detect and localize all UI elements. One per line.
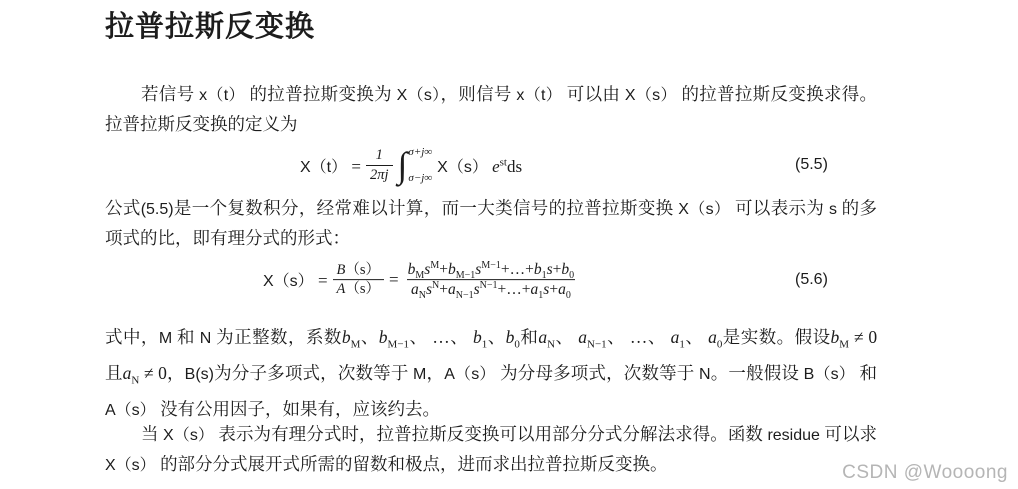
math-variable: a [558,282,566,299]
text-run: N [699,366,711,383]
text-run: 、 [685,327,708,347]
text-run: + [549,282,558,299]
math-subscript: M [839,339,849,351]
math-variable: b [473,327,482,347]
integral-glyph: ∫ [398,147,408,183]
page-title: 拉普拉斯反变换 [105,4,315,45]
integral-sign: ∫ σ+j∞ σ−j∞ [398,146,433,184]
text-run: X（s） [678,201,730,218]
equation-5-6: X（s） = B（s） A（s） = bMsM+bM−1sM−1+…+b1s+b… [263,260,578,300]
text-run: residue [767,427,819,444]
text-run: X（s） [263,274,314,291]
text-run: B（s） [804,366,855,383]
text-run: 和 [855,363,877,383]
text-run: M [159,330,172,347]
text-run: 是一个复数积分，经常难以计算，而一大类信号的拉普拉斯变换 [174,198,679,218]
text-run: 、 …、 [607,327,671,347]
text-run: X（t） [300,159,347,176]
text-run: 。一般假设 [711,363,804,383]
text-run: A（s） [444,366,495,383]
text-run: 的部分分式展开式所需的留数和极点，进而求出拉普拉斯反变换。 [156,454,668,474]
math-superscript: N−1 [480,280,498,291]
text-run: B(s) [185,366,214,383]
paragraph-coefficients: 式中，M 和 N 为正整数，系数bM、bM−1、 …、 b1、b0和aN、 aN… [105,320,877,428]
text-run: （s） [345,262,380,278]
fraction-1-over-2pij: 1 2πj [366,146,393,183]
fraction-B-over-A: B（s） A（s） [333,261,385,298]
math-subscript: N−1 [456,291,474,302]
math-superscript: st [500,156,507,168]
text-run: A（s） [105,402,156,419]
math-variable: b [379,327,388,347]
text-run: +…+ [498,282,531,299]
text-run: X（s） [625,87,677,104]
text-run: 式中， [105,327,159,347]
text-run: 没有公用因子，如果有，应该约去。 [156,399,440,419]
text-run: ≠ 0， [139,363,184,383]
math-superscript: M−1 [481,260,501,271]
equation-5-5: X（t） = 1 2πj ∫ σ+j∞ σ−j∞ X（s） estds [300,146,522,184]
text-run: 当 [141,424,163,444]
text-run: = [347,157,361,176]
text-run: ds [507,157,522,176]
math-variable: b [342,327,351,347]
math-variable: a [538,327,547,347]
text-run: 若信号 [141,84,199,104]
equation-lhs: X（t） = [300,154,361,177]
math-subscript: N [547,339,555,351]
text-run: 、 [555,327,578,347]
math-superscript: M [430,260,439,271]
equation-rhs: X（s） estds [437,154,522,177]
text-run: 公式 [105,198,141,218]
math-variable: b [561,261,569,278]
csdn-watermark: CSDN @Woooong [842,462,1008,484]
text-run: 、 …、 [409,327,473,347]
equals-sign: = [389,270,399,290]
text-run: N [200,330,212,347]
text-run: X（s） [163,427,214,444]
text-run: 和 [172,327,200,347]
paragraph-residue: 当 X（s） 表示为有理分式时，拉普拉斯反变换可以用部分分式分解法求得。函数 r… [105,420,877,480]
math-variable: b [831,327,840,347]
text-run: X（s） [105,457,156,474]
equation-number-5-6: (5.6) [795,271,828,289]
text-run: 和 [520,327,538,347]
text-run: x（t） [199,87,245,104]
text-run: 为分母多项式，次数等于 [496,363,699,383]
math-subscript: 0 [566,291,571,302]
text-run: 是实数。假设 [722,327,830,347]
math-subscript: N−1 [587,339,607,351]
text-run: (5.5) [141,201,174,218]
text-run: s [829,201,837,218]
text-run: X（s） [397,87,441,104]
text-run: 为正整数，系数 [211,327,342,347]
math-variable: a [708,327,717,347]
text-run: +…+ [501,261,534,278]
math-variable: e [492,157,500,176]
text-run: 、 [360,327,378,347]
text-run: X（s） [437,159,488,176]
text-run: = [314,272,328,291]
fraction-polynomials: bMsM+bM−1sM−1+…+b1s+b0 aNsN+aN−1sN−1+…+a… [404,260,579,300]
equation-5-5-row: X（t） = 1 2πj ∫ σ+j∞ σ−j∞ X（s） estds (5.5… [105,140,877,190]
paragraph-intro: 若信号 x（t） 的拉普拉斯变换为 X（s），则信号 x（t） 可以由 X（s）… [105,80,877,138]
paragraph-rational-form: 公式(5.5)是一个复数积分，经常难以计算，而一大类信号的拉普拉斯变换 X（s）… [105,194,877,252]
text-run: x（t） [516,87,562,104]
math-subscript: M [351,339,361,351]
text-run: 、 [487,327,505,347]
document-page: 拉普拉斯反变换 若信号 x（t） 的拉普拉斯变换为 X（s），则信号 x（t） … [0,0,1018,489]
equation-number-5-5: (5.5) [795,156,828,174]
text-run: （s） [345,282,380,298]
text-run: 表示为有理分式时，拉普拉斯反变换可以用部分分式分解法求得。函数 [214,424,767,444]
math-subscript: N [419,291,426,302]
equation-5-6-row: X（s） = B（s） A（s） = bMsM+bM−1sM−1+…+b1s+b… [105,250,877,310]
math-variable: a [578,327,587,347]
text-run: ，则信号 [441,84,517,104]
math-variable: b [534,261,542,278]
text-run: + [439,261,448,278]
integral-lower-limit: σ−j∞ [408,172,432,184]
math-variable: b [448,261,456,278]
integral-limits: σ+j∞ σ−j∞ [408,146,432,184]
integral-upper-limit: σ+j∞ [408,146,432,158]
text-run: 的拉普拉斯变换为 [245,84,397,104]
text-run: 为分子多项式，次数等于 [214,363,413,383]
text-run: 可以表示为 [730,198,829,218]
text-run: 可以求 [820,424,877,444]
math-variable: a [448,282,456,299]
text-run: + [439,282,448,299]
math-subscript: M−1 [388,339,409,351]
text-run: ， [426,363,444,383]
math-variable: a [411,282,419,299]
text-run: 可以由 [562,84,625,104]
text-run: M [413,366,426,383]
equation-lhs: X（s） = [263,269,328,292]
